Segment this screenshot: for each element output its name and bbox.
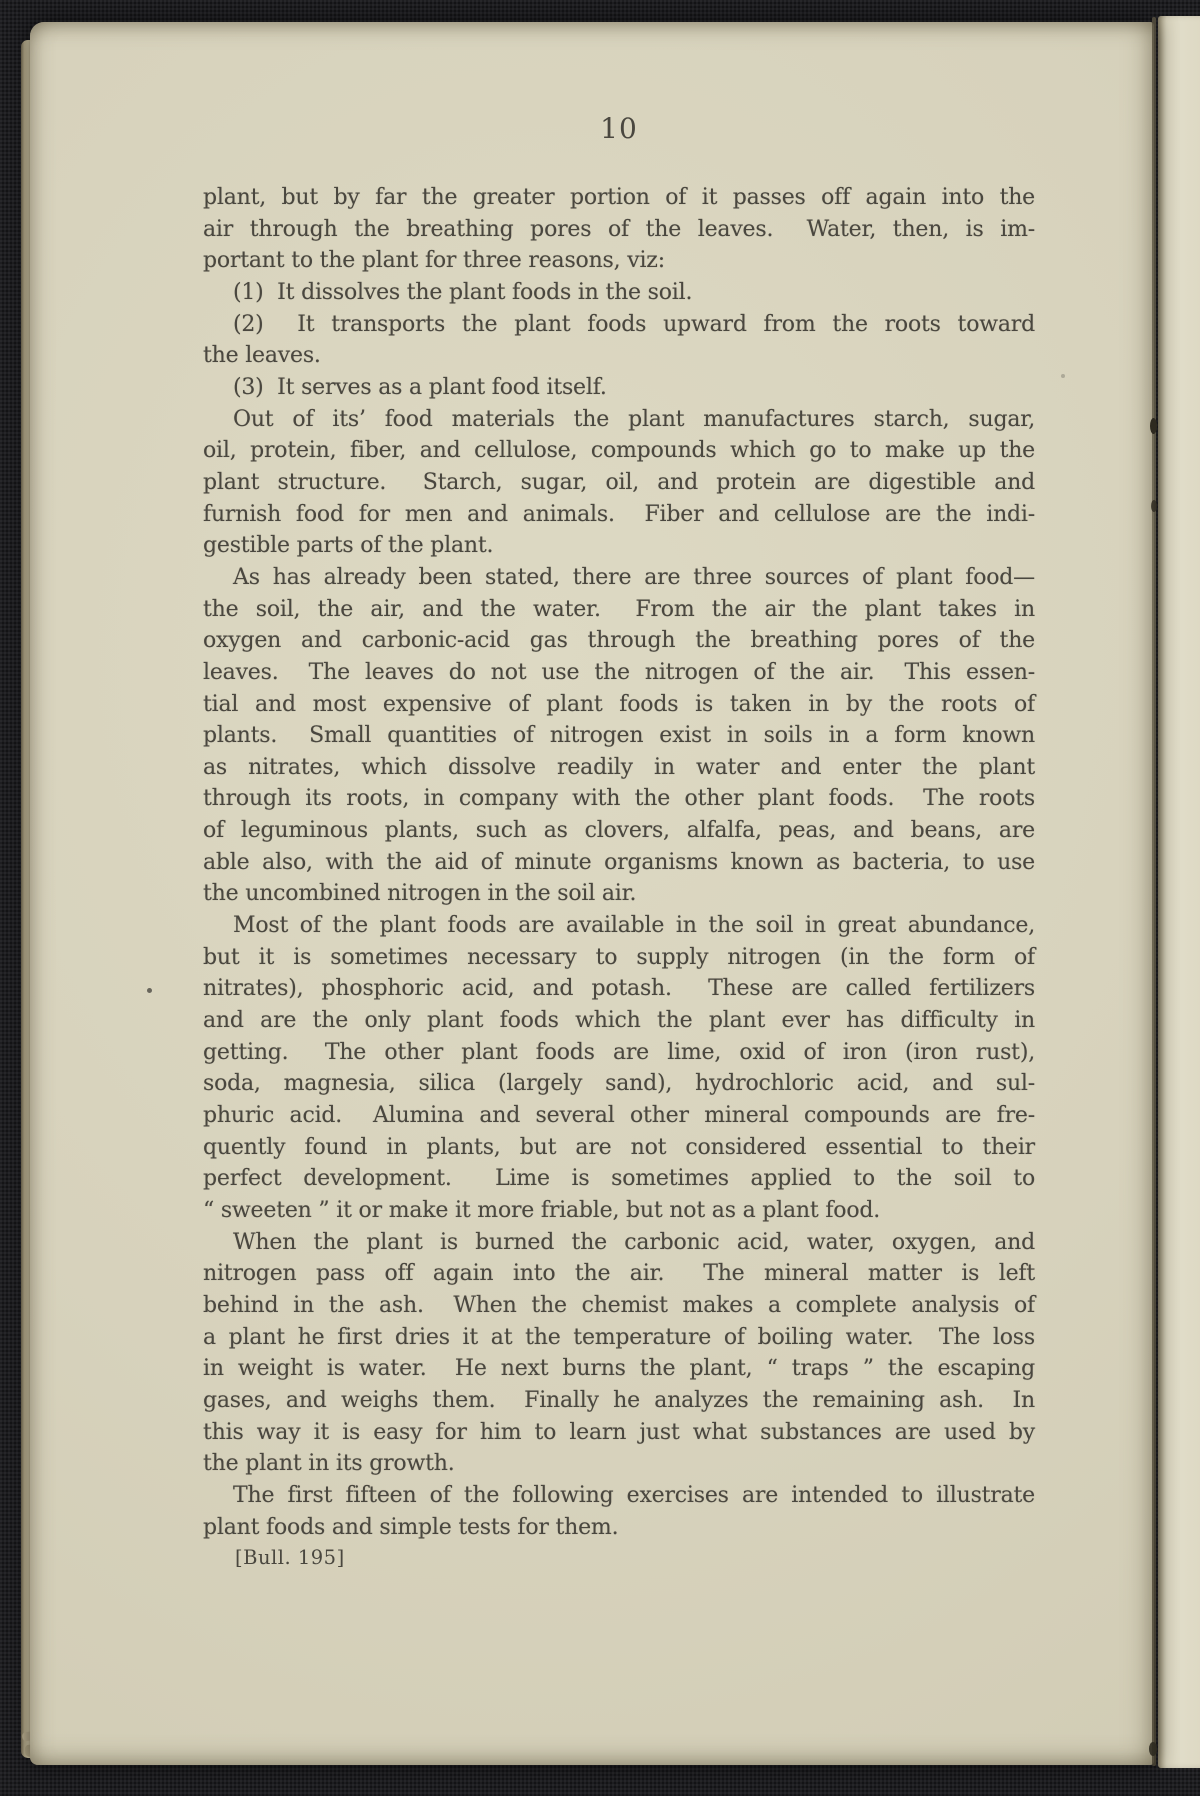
text-line: air through the breathing pores of the l… (203, 214, 1035, 246)
text-line: oil, protein, fiber, and cellulose, comp… (203, 435, 1035, 467)
bulletin-footer: [Bull. 195] (235, 1546, 345, 1569)
text-line: When the plant is burned the carbonic ac… (203, 1227, 1035, 1259)
text-line: Out of its’ food materials the plant man… (203, 404, 1035, 436)
text-line: phuric acid. Alumina and several other m… (203, 1100, 1035, 1132)
crease-shadow-mark (1150, 418, 1157, 434)
text-line: (2) It transports the plant foods upward… (203, 309, 1035, 341)
text-line: The first fifteen of the following exerc… (203, 1480, 1035, 1512)
text-line: and are the only plant foods which the p… (203, 1005, 1035, 1037)
text-line: this way it is easy for him to learn jus… (203, 1417, 1035, 1449)
gutter-crease (1152, 17, 1156, 1766)
crease-shadow-mark (1151, 500, 1157, 512)
text-line: nitrogen pass off again into the air. Th… (203, 1258, 1035, 1290)
scanned-book-page: 10 plant, but by far the greater portion… (30, 22, 1154, 1765)
text-line: the leaves. (203, 340, 1035, 372)
text-line: the plant in its growth. (203, 1448, 1035, 1480)
text-line: gestible parts of the plant. (203, 530, 1035, 562)
text-line: a plant he first dries it at the tempera… (203, 1322, 1035, 1354)
text-line: but it is sometimes necessary to supply … (203, 942, 1035, 974)
text-line: portant to the plant for three reasons, … (203, 245, 1035, 277)
text-line: furnish food for men and animals. Fiber … (203, 499, 1035, 531)
body-text: plant, but by far the greater portion of… (203, 182, 1035, 1543)
ink-speck (147, 988, 152, 993)
text-line: oxygen and carbonic-acid gas through the… (203, 625, 1035, 657)
text-line: the soil, the air, and the water. From t… (203, 594, 1035, 626)
text-line: plant foods and simple tests for them. (203, 1512, 1035, 1544)
page-number: 10 (203, 114, 1035, 145)
text-line: able also, with the aid of minute organi… (203, 847, 1035, 879)
text-line: plant, but by far the greater portion of… (203, 182, 1035, 214)
text-line: (3) It serves as a plant food itself. (203, 372, 1035, 404)
text-line: in weight is water. He next burns the pl… (203, 1353, 1035, 1385)
text-line: soda, magnesia, silica (largely sand), h… (203, 1068, 1035, 1100)
text-line: as nitrates, which dissolve readily in w… (203, 752, 1035, 784)
text-line: Most of the plant foods are available in… (203, 910, 1035, 942)
text-line: “ sweeten ” it or make it more friable, … (203, 1195, 1035, 1227)
text-line: tial and most expensive of plant foods i… (203, 689, 1035, 721)
text-line: behind in the ash. When the chemist make… (203, 1290, 1035, 1322)
text-line: gases, and weighs them. Finally he analy… (203, 1385, 1035, 1417)
text-line: quently found in plants, but are not con… (203, 1132, 1035, 1164)
text-line: plants. Small quantities of nitrogen exi… (203, 720, 1035, 752)
text-line: leaves. The leaves do not use the nitrog… (203, 657, 1035, 689)
text-line: perfect development. Lime is sometimes a… (203, 1163, 1035, 1195)
text-line: nitrates), phosphoric acid, and potash. … (203, 973, 1035, 1005)
text-line: plant structure. Starch, sugar, oil, and… (203, 467, 1035, 499)
ink-speck (1061, 374, 1065, 378)
text-line: of leguminous plants, such as clovers, a… (203, 815, 1035, 847)
text-line: getting. The other plant foods are lime,… (203, 1037, 1035, 1069)
text-line: As has already been stated, there are th… (203, 562, 1035, 594)
text-line: the uncombined nitrogen in the soil air. (203, 878, 1035, 910)
text-line: through its roots, in company with the o… (203, 783, 1035, 815)
crease-shadow-mark (1149, 1742, 1157, 1756)
text-line: (1) It dissolves the plant foods in the … (203, 277, 1035, 309)
next-page-edge (1158, 16, 1200, 1768)
